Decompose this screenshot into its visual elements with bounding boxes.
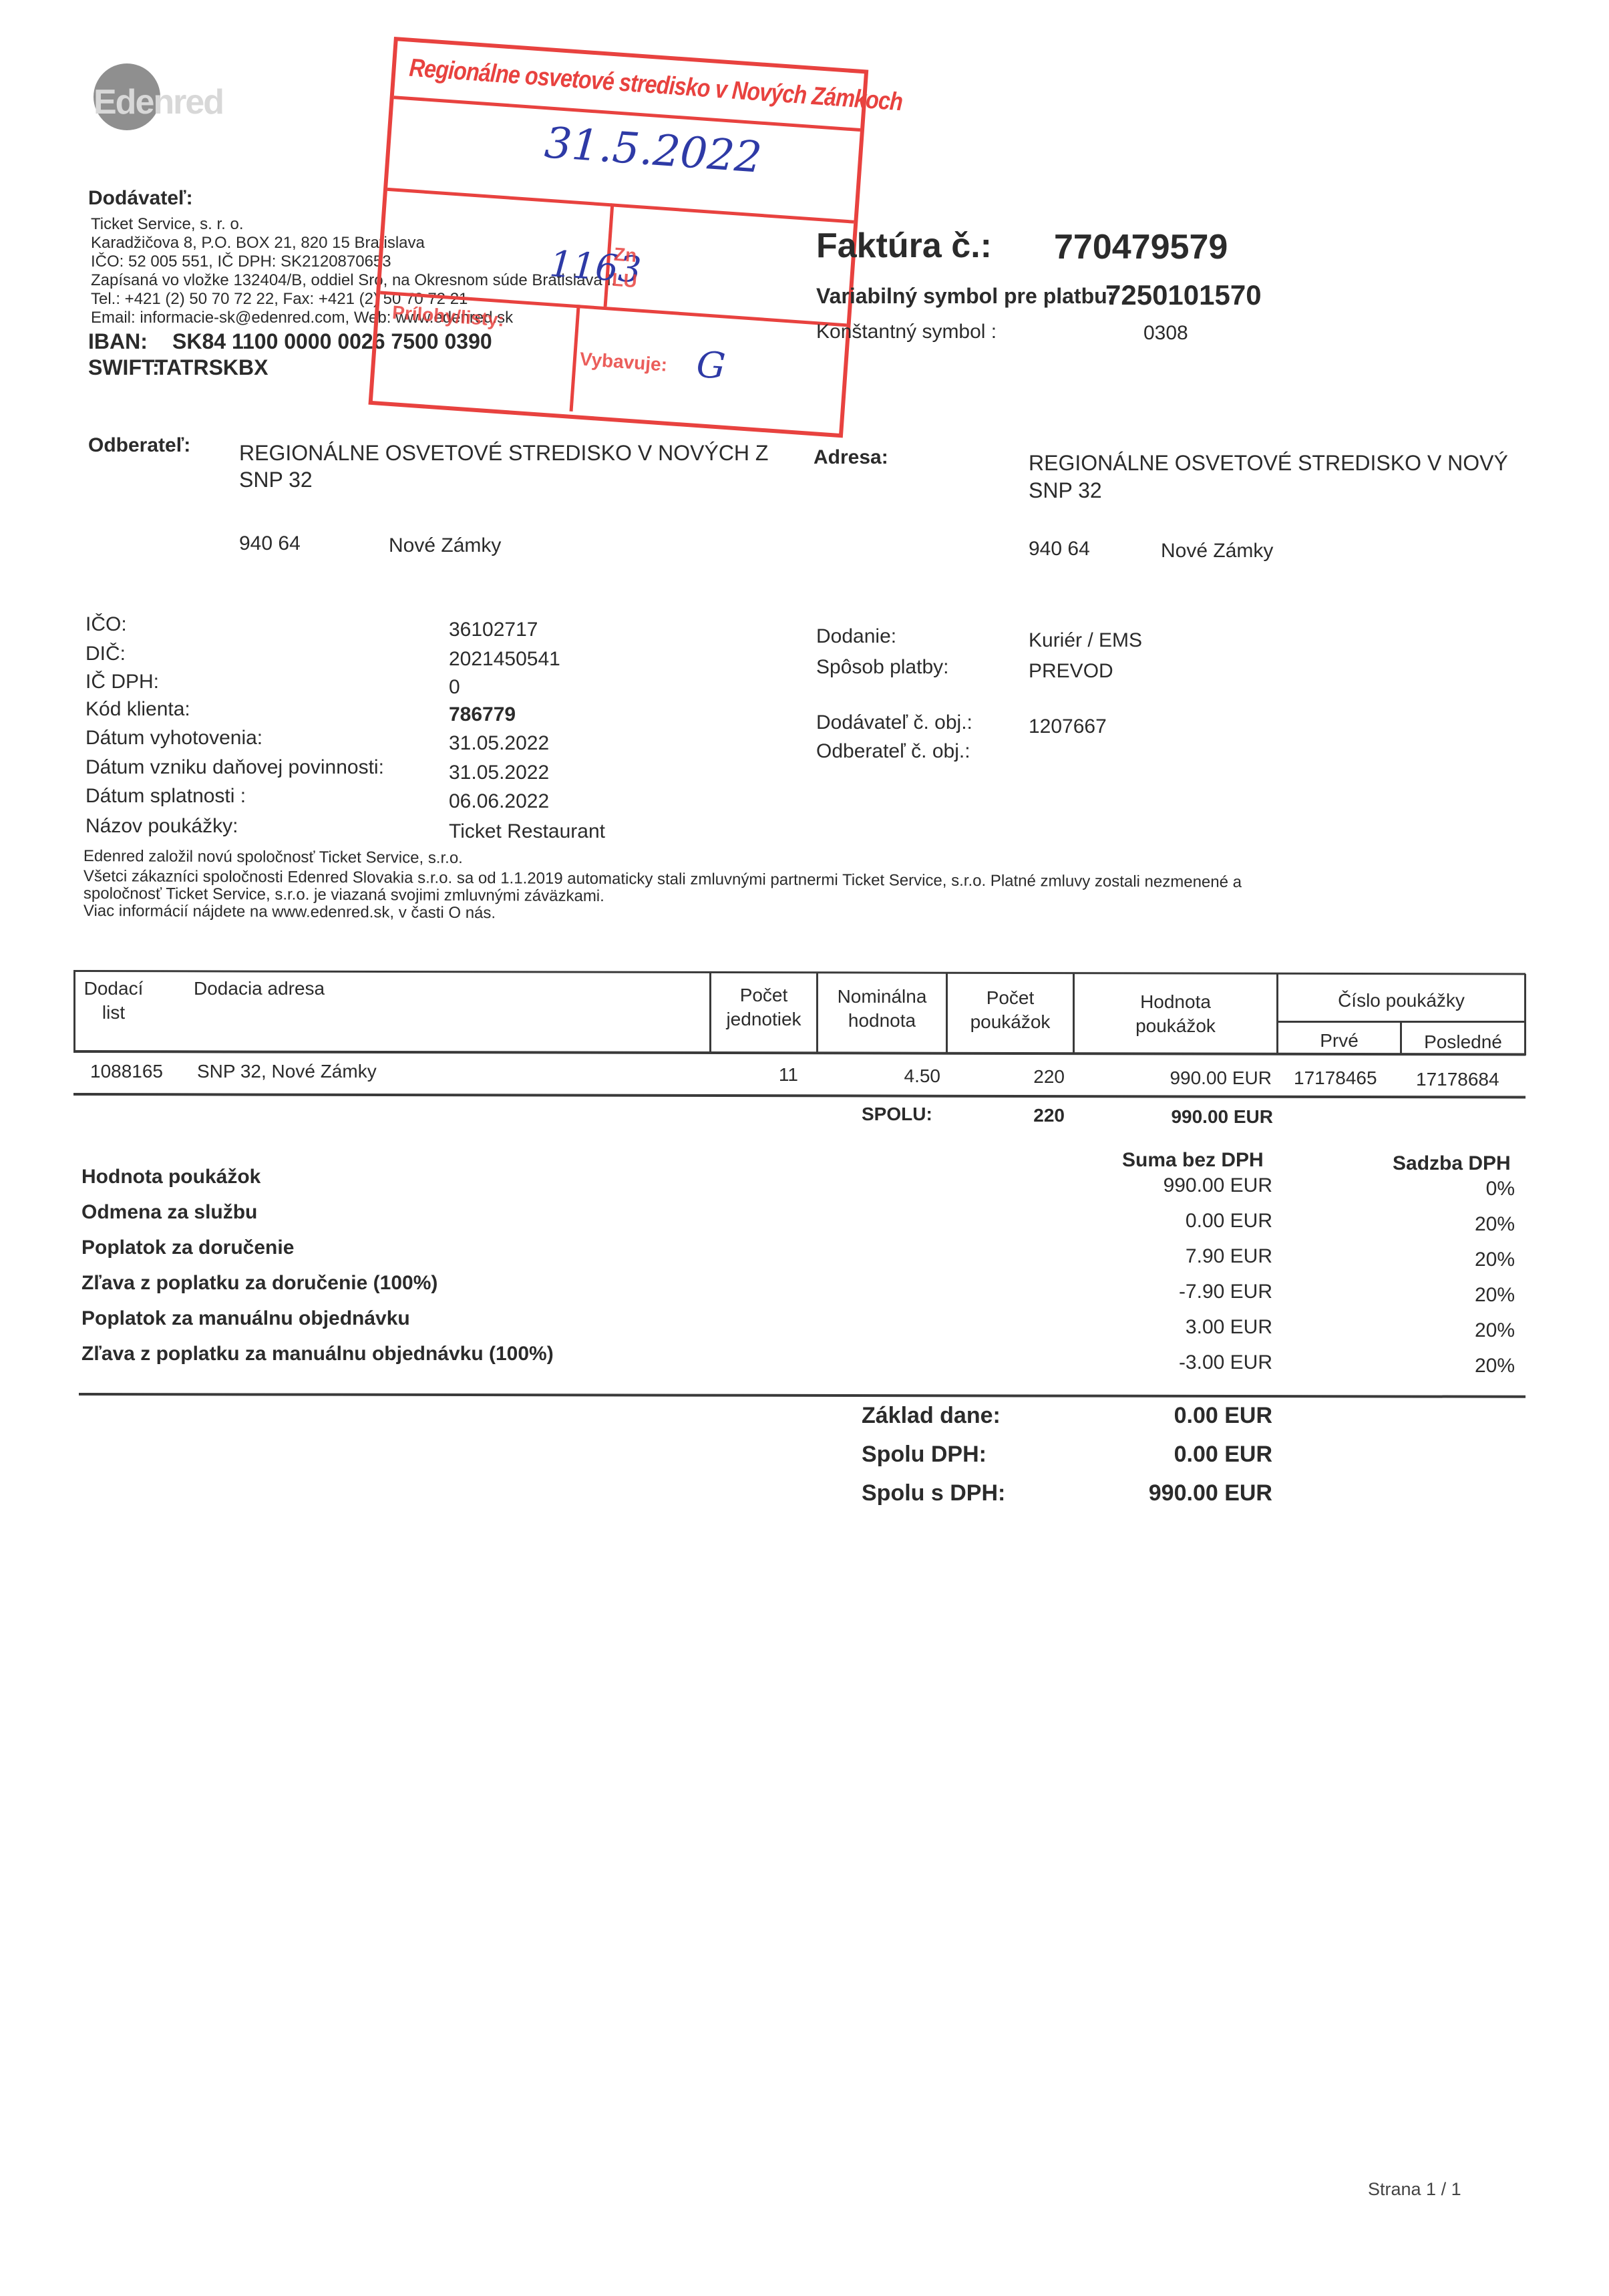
stamp-label-prilohy: Prílohy/listy:	[391, 302, 505, 331]
col-header-line: list	[77, 1001, 150, 1025]
col-header-line: Počet	[711, 983, 816, 1007]
constant-symbol-label: Konštantný symbol :	[816, 321, 997, 343]
col-header-line: Nominálna	[818, 985, 946, 1009]
summary-row-sum: -3.00 EUR	[1069, 1351, 1272, 1374]
iban-label: IBAN:	[88, 329, 148, 354]
detail-label: IČO:	[85, 613, 127, 636]
total-value: 0.00 EUR	[1069, 1403, 1272, 1429]
table-total-label: SPOLU:	[862, 1104, 932, 1125]
col-header-line: jednotiek	[711, 1007, 816, 1031]
detail-label: Kód klienta:	[85, 698, 190, 721]
registry-stamp: Regionálne osvetové stredisko v Nových Z…	[368, 37, 868, 438]
customer-city: Nové Zámky	[389, 534, 501, 557]
stamp-label-lu: LU	[611, 269, 637, 293]
detail-label: DIČ:	[85, 643, 126, 665]
col-header-dodaci-list: Dodací list	[77, 977, 150, 1025]
table-total-value: 990.00 EUR	[1075, 1106, 1273, 1128]
cell-dodaci-list: 1088165	[90, 1061, 163, 1082]
summary-row-rate: 0%	[1336, 1178, 1515, 1200]
detail-value: PREVOD	[1029, 660, 1113, 683]
detail-label: Dodanie:	[816, 625, 896, 648]
detail-value: 36102717	[449, 619, 538, 641]
detail-value: 1207667	[1029, 715, 1107, 738]
invoice-title-label: Faktúra č.:	[816, 226, 992, 266]
summary-row-label: Poplatok za manuálnu objednávku	[81, 1307, 410, 1330]
summary-divider	[79, 1393, 1526, 1398]
total-label: Spolu s DPH:	[862, 1480, 1005, 1506]
summary-row-sum: 3.00 EUR	[1069, 1316, 1272, 1339]
col-header-hodnota: Hodnota poukážok	[1075, 990, 1276, 1038]
address-zip: 940 64	[1029, 538, 1090, 560]
cell-pocet-jednotiek: 11	[711, 1064, 798, 1086]
detail-label: IČ DPH:	[85, 671, 159, 693]
variable-symbol-value: 7250101570	[1105, 279, 1262, 311]
summary-row-rate: 20%	[1336, 1319, 1515, 1342]
summary-row-sum: 990.00 EUR	[1069, 1174, 1272, 1197]
summary-row-label: Poplatok za doručenie	[81, 1237, 294, 1259]
detail-value: 31.05.2022	[449, 762, 549, 784]
constant-symbol-value: 0308	[1143, 322, 1188, 345]
customer-zip: 940 64	[239, 532, 301, 555]
stamp-handwritten-vybavuje: G	[695, 343, 727, 387]
summary-row-rate: 20%	[1336, 1284, 1515, 1307]
total-label: Spolu DPH:	[862, 1442, 987, 1468]
detail-label: Odberateľ č. obj.:	[816, 740, 970, 763]
supplier-heading: Dodávateľ:	[88, 187, 193, 210]
supplier-line: IČO: 52 005 551, IČ DPH: SK2120870653	[91, 253, 391, 271]
address-name: REGIONÁLNE OSVETOVÉ STREDISKO V NOVÝ	[1029, 451, 1508, 476]
summary-row-sum: -7.90 EUR	[1069, 1281, 1272, 1303]
invoice-number: 770479579	[1054, 227, 1228, 267]
detail-value: 06.06.2022	[449, 790, 549, 813]
col-header-line: Hodnota	[1075, 990, 1276, 1014]
summary-row-label: Zľava z poplatku za doručenie (100%)	[81, 1272, 437, 1295]
col-header-adresa: Dodacia adresa	[194, 977, 325, 1001]
stamp-handwritten-date: 31.5.2022	[543, 118, 763, 183]
customer-street: SNP 32	[239, 468, 313, 492]
total-label: Základ dane:	[862, 1403, 1001, 1429]
cell-adresa: SNP 32, Nové Zámky	[197, 1061, 377, 1082]
col-header-cislo: Číslo poukážky	[1278, 989, 1524, 1013]
col-header-line: Počet	[948, 986, 1073, 1010]
swift-label: SWIFT:	[88, 355, 160, 380]
detail-label: Názov poukážky:	[85, 815, 238, 838]
total-value: 990.00 EUR	[1069, 1480, 1272, 1506]
summary-row-label: Hodnota poukážok	[81, 1166, 260, 1188]
detail-value: 0	[449, 676, 460, 699]
detail-label: Dátum vyhotovenia:	[85, 727, 262, 750]
stamp-title: Regionálne osvetové stredisko v Nových Z…	[408, 54, 903, 118]
detail-value: 786779	[449, 703, 516, 726]
logo-text: Edenred	[94, 82, 223, 122]
supplier-line: Ticket Service, s. r. o.	[91, 215, 244, 234]
cell-hodnota: 990.00 EUR	[1075, 1068, 1272, 1089]
detail-value: 2021450541	[449, 648, 560, 671]
page-number: Strana 1 / 1	[1368, 2179, 1461, 2200]
cell-pocet-poukazok: 220	[948, 1066, 1065, 1088]
col-header-pocet-jednotiek: Počet jednotiek	[711, 983, 816, 1031]
customer-name: REGIONÁLNE OSVETOVÉ STREDISKO V NOVÝCH Z	[239, 441, 768, 466]
summary-row-sum: 7.90 EUR	[1069, 1245, 1272, 1268]
detail-value: Kuriér / EMS	[1029, 629, 1142, 652]
notice-line: Edenred založil novú spoločnosť Ticket S…	[83, 847, 463, 868]
edenred-logo: Edenred	[80, 63, 214, 197]
summary-col-rate: Sadzba DPH	[1393, 1152, 1511, 1175]
col-header-posledne: Posledné	[1402, 1030, 1524, 1054]
variable-symbol-label: Variabilný symbol pre platbu:	[816, 284, 1114, 309]
col-header-line: poukážok	[948, 1010, 1073, 1034]
col-header-line: hodnota	[818, 1009, 946, 1033]
stamp-label-zn: Zn	[613, 244, 637, 267]
detail-value: Ticket Restaurant	[449, 820, 605, 843]
col-header-line: poukážok	[1075, 1014, 1276, 1038]
col-header-pocet-poukazok: Počet poukážok	[948, 986, 1073, 1034]
customer-label: Odberateľ:	[88, 434, 190, 457]
detail-label: Dodávateľ č. obj.:	[816, 711, 972, 734]
col-header-nominalna: Nominálna hodnota	[818, 985, 946, 1033]
summary-row-sum: 0.00 EUR	[1069, 1210, 1272, 1233]
summary-row-rate: 20%	[1336, 1355, 1515, 1377]
detail-label: Spôsob platby:	[816, 656, 948, 679]
address-label: Adresa:	[814, 446, 888, 469]
stamp-label-vybavuje: Vybavuje:	[579, 349, 668, 376]
swift-value: TATRSKBX	[155, 355, 268, 380]
table-total-count: 220	[948, 1105, 1065, 1126]
summary-row-rate: 20%	[1336, 1213, 1515, 1236]
summary-row-label: Zľava z poplatku za manuálnu objednávku …	[81, 1343, 554, 1365]
summary-row-rate: 20%	[1336, 1249, 1515, 1271]
detail-value: 31.05.2022	[449, 732, 549, 755]
notice-line: Viac informácií nájdete na www.edenred.s…	[83, 902, 496, 923]
cell-posledne: 17178684	[1416, 1069, 1499, 1090]
cell-nominalna: 4.50	[818, 1065, 940, 1087]
col-header-prve: Prvé	[1278, 1029, 1400, 1053]
cell-prve: 17178465	[1294, 1068, 1377, 1089]
total-value: 0.00 EUR	[1069, 1442, 1272, 1468]
detail-label: Dátum splatnosti :	[85, 785, 246, 808]
detail-label: Dátum vzniku daňovej povinnosti:	[85, 756, 384, 779]
summary-row-label: Odmena za službu	[81, 1201, 257, 1224]
address-city: Nové Zámky	[1161, 540, 1273, 562]
summary-col-sum: Suma bez DPH	[1122, 1149, 1264, 1172]
supplier-line: Karadžičova 8, P.O. BOX 21, 820 15 Brati…	[91, 234, 425, 253]
address-street: SNP 32	[1029, 478, 1102, 503]
col-header-line: Dodací	[77, 977, 150, 1001]
